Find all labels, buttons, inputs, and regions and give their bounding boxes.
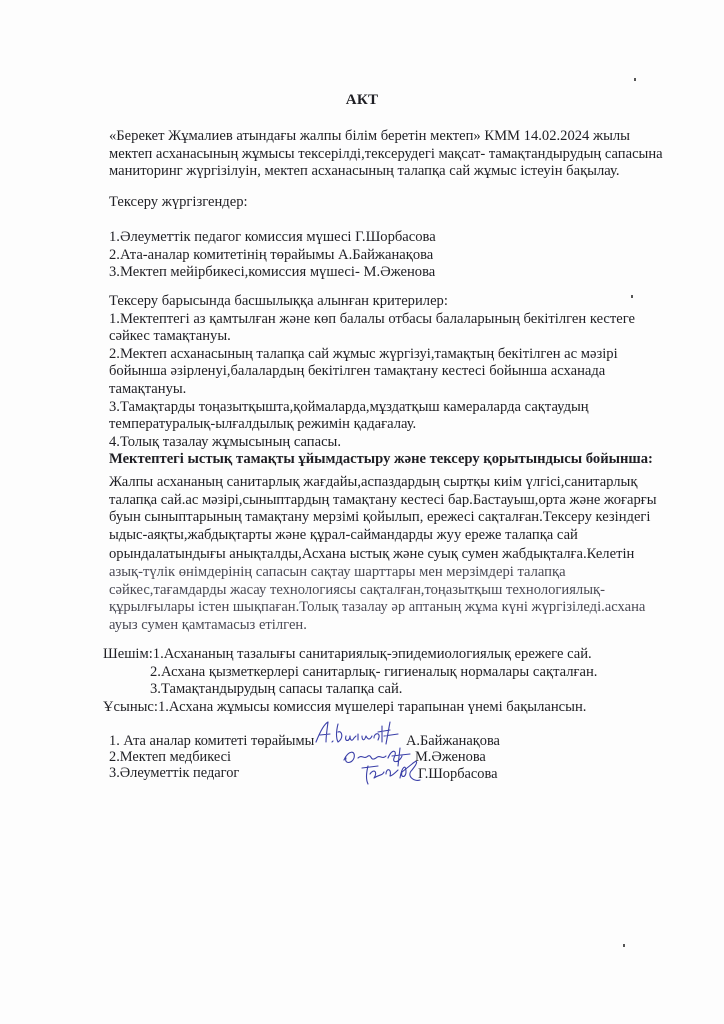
decision-section: Шешім:1.Асхананың тазалығы санитариялық-… xyxy=(103,646,663,716)
inspectors-heading: Тексеру жүргізгендер: xyxy=(109,194,669,212)
text-line: Жалпы асхананың санитарлық жағдайы,аспаз… xyxy=(109,474,669,492)
results-heading: Мектептегі ыстық тамақты ұйымдастыру жән… xyxy=(109,451,669,469)
recommendation-line: Ұсыныс:1.Асхана жұмысы комиссия мүшелері… xyxy=(103,699,663,717)
signature-name: Г.Шорбасова xyxy=(418,766,498,783)
inspectors-section: Тексеру жүргізгендер: 1.Әлеуметтік педаг… xyxy=(109,194,669,282)
criteria-heading: Тексеру барысында басшылыққа алынған кри… xyxy=(109,293,669,311)
text-line: буын сыныптарының тамақтану мерзімі қойы… xyxy=(109,509,669,527)
signature-role: 2.Мектеп медбикесі xyxy=(109,749,231,765)
results-paragraph: Жалпы асхананың санитарлық жағдайы,аспаз… xyxy=(109,474,669,634)
text-line: 1.Мектептегі аз қамтылған және көп балал… xyxy=(109,311,669,329)
document-page: АКТ «Берекет Жұмалиев атындағы жалпы біл… xyxy=(0,0,724,1024)
recommendation-text: 1.Асхана жұмысы комиссия мүшелері тарапы… xyxy=(158,699,586,715)
text-line: орындалатындығы анықталды,Асхана ыстық ж… xyxy=(109,546,669,564)
scan-speck xyxy=(623,944,625,947)
decision-item: 1.Асхананың тазалығы санитариялық-эпидем… xyxy=(153,646,592,662)
handwritten-signature-3 xyxy=(356,756,426,788)
text-line: мектеп асханасының жұмысы тексерілді,тек… xyxy=(109,146,669,164)
text-line: 4.Толық тазалау жұмысының сапасы. xyxy=(109,434,669,452)
intro-paragraph: «Берекет Жұмалиев атындағы жалпы білім б… xyxy=(109,128,669,181)
text-line: тамақтануы. xyxy=(109,381,669,399)
signature-name: А.Байжанақова xyxy=(406,733,500,750)
decision-line: Шешім:1.Асхананың тазалығы санитариялық-… xyxy=(103,646,663,664)
text-line: талапқа сай.ас мәзірі,сыныптардың тамақт… xyxy=(109,492,669,510)
text-line: ауыз сумен қамтамасыз етілген. xyxy=(109,617,669,635)
spacer xyxy=(109,212,669,230)
text-line: сәйкес,тағамдарды жасау технологиясы сақ… xyxy=(109,582,669,600)
inspector-item: 2.Ата-аналар комитетінің төрайымы А.Байж… xyxy=(109,247,669,265)
scan-speck xyxy=(634,78,636,81)
signature-role: 3.Әлеуметтік педагог xyxy=(109,765,239,781)
text-line: «Берекет Жұмалиев атындағы жалпы білім б… xyxy=(109,128,669,146)
text-line: сәйкес тамақтануы. xyxy=(109,328,669,346)
text-line: 2.Мектеп асханасының талапқа сай жұмыс ж… xyxy=(109,346,669,364)
text-line: бойынша әзірленуі,балалардың бекітілген … xyxy=(109,363,669,381)
text-line: азық-түлік өнімдерінің сапасын сақтау ша… xyxy=(109,564,669,582)
recommendation-label: Ұсыныс: xyxy=(103,699,158,715)
criteria-section: Тексеру барысында басшылыққа алынған кри… xyxy=(109,293,669,469)
signature-role: 1. Ата аналар комитеті төрайымы xyxy=(109,733,314,749)
text-line: температуралық-ылғалдылық режимін қадаға… xyxy=(109,416,669,434)
text-line: ыдыс-аяқты,жабдықтарты және құрал-сайман… xyxy=(109,527,669,545)
decision-item: 3.Тамақтандырудың сапасы талапқа сай. xyxy=(103,681,663,699)
text-line: маниторинг жүргізілуін, мектеп асханасын… xyxy=(109,163,669,181)
decision-label: Шешім: xyxy=(103,646,153,662)
document-title: АКТ xyxy=(0,92,724,109)
decision-item: 2.Асхана қызметкерлері санитарлық- гигие… xyxy=(103,664,663,682)
text-line: 3.Тамақтарды тоңазытқышта,қоймаларда,мұз… xyxy=(109,399,669,417)
inspector-item: 3.Мектеп мейірбикесі,комиссия мүшесі- М.… xyxy=(109,264,669,282)
inspector-item: 1.Әлеуметтік педагог комиссия мүшесі Г.Ш… xyxy=(109,229,669,247)
text-line: құрылғылары істен шықпаған.Толық тазалау… xyxy=(109,599,669,617)
